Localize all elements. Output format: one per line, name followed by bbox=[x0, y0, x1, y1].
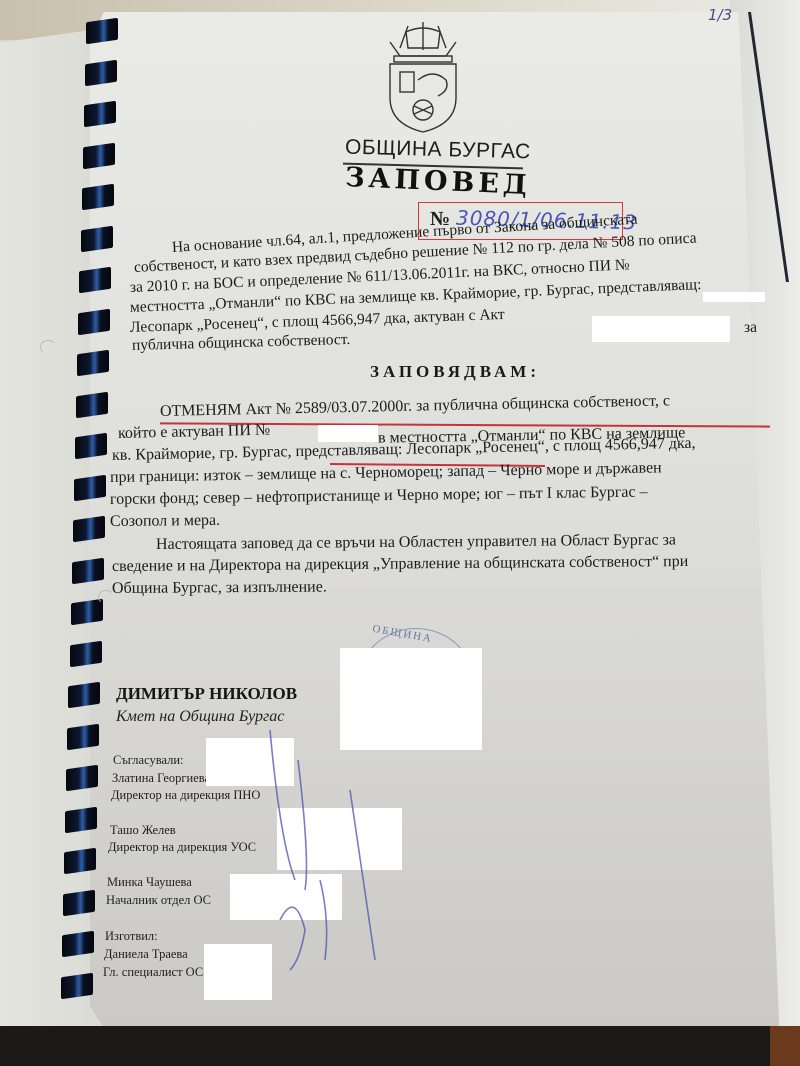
prepared-heading: Изготвил: bbox=[105, 928, 158, 945]
approvals-heading: Съгласували: bbox=[113, 752, 184, 769]
municipality-name: ОБЩИНА БУРГАС bbox=[345, 136, 531, 165]
order-line: ОТМЕНЯМ Акт № 2589/03.07.2000г. за публи… bbox=[160, 391, 670, 422]
approver-role: Директор на дирекция ПНО bbox=[111, 787, 260, 804]
delivery-line: Община Бургас, за изпълнение. bbox=[112, 578, 327, 599]
coat-of-arms-icon bbox=[378, 20, 468, 135]
preparer-name: Даниела Траева bbox=[104, 946, 188, 963]
redaction-box bbox=[318, 425, 378, 442]
order-line: който е актуван ПИ № bbox=[118, 421, 271, 444]
delivery-line: Настоящата заповед да се връчи на Област… bbox=[156, 530, 676, 555]
preamble-tail: за bbox=[744, 318, 757, 338]
document-content: 1/3 ОБЩИНА БУРГАС ЗАПОВЕД № 3080/1/06.11… bbox=[0, 0, 800, 1066]
delivery-line: сведение и на Директора на дирекция „Упр… bbox=[112, 552, 688, 577]
signatory-name: ДИМИТЪР НИКОЛОВ bbox=[116, 684, 297, 704]
preparer-role: Гл. специалист ОС bbox=[103, 964, 203, 981]
order-line: Созопол и мера. bbox=[110, 511, 220, 532]
approver-name: Минка Чаушева bbox=[107, 874, 192, 891]
redaction-box bbox=[592, 316, 730, 342]
order-line: горски фонд; север – нефтопристанище и Ч… bbox=[110, 482, 648, 510]
signature-scribble bbox=[250, 720, 400, 980]
redaction-box bbox=[703, 292, 765, 302]
approver-role: Началник отдел ОС bbox=[106, 892, 211, 909]
page-number: 1/3 bbox=[708, 6, 732, 24]
decree-heading: ЗАПОВЯДВАМ: bbox=[370, 362, 540, 382]
approver-role: Директор на дирекция УОС bbox=[108, 839, 256, 856]
approver-name: Златина Георгиева bbox=[112, 770, 210, 787]
approver-name: Ташо Желев bbox=[110, 822, 176, 839]
